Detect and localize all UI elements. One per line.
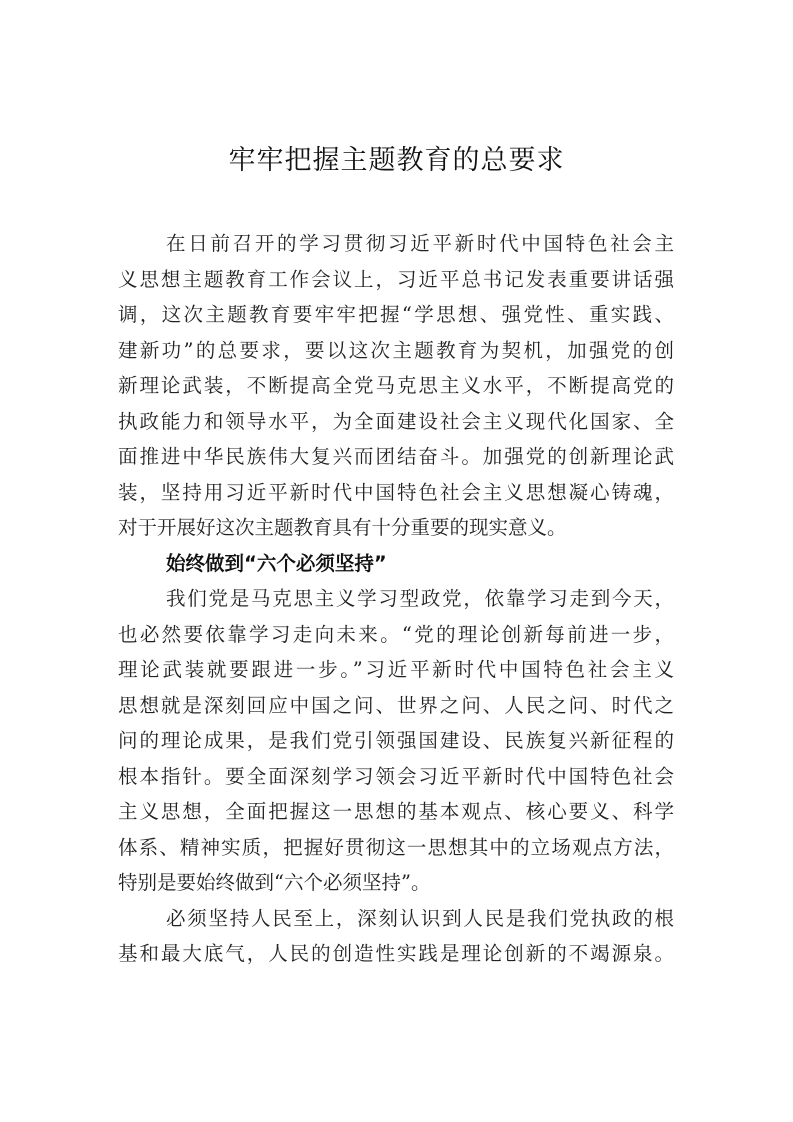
text-line: 理论武装就要跟进一步。”习近平新时代中国特色社会主义: [118, 652, 674, 688]
text-line: 新理论武装，不断提高全党马克思主义水平，不断提高党的: [118, 368, 674, 404]
paragraph-learning: 我们党是马克思主义学习型政党，依靠学习走到今天， 也必然要依靠学习走向未来。“党…: [118, 581, 674, 901]
text-line: 面推进中华民族伟大复兴而团结奋斗。加强党的创新理论武: [118, 439, 674, 475]
text-line: 我们党是马克思主义学习型政党，依靠学习走到今天，: [118, 581, 674, 617]
document-body: 在日前召开的学习贯彻习近平新时代中国特色社会主 义思想主题教育工作会议上，习近平…: [118, 226, 674, 972]
paragraph-intro: 在日前召开的学习贯彻习近平新时代中国特色社会主 义思想主题教育工作会议上，习近平…: [118, 226, 674, 546]
text-line: 必须坚持人民至上，深刻认识到人民是我们党执政的根: [118, 901, 674, 937]
text-line: 建新功”的总要求，要以这次主题教育为契机，加强党的创: [118, 333, 674, 369]
text-line: 对于开展好这次主题教育具有十分重要的现实意义。: [118, 510, 674, 546]
document-title: 牢牢把握主题教育的总要求: [0, 138, 793, 177]
text-line: 问的理论成果，是我们党引领强国建设、民族复兴新征程的: [118, 723, 674, 759]
text-line: 义思想主题教育工作会议上，习近平总书记发表重要讲话强: [118, 262, 674, 298]
text-line: 基和最大底气，人民的创造性实践是理论创新的不竭源泉。: [118, 936, 674, 972]
text-line: 特别是要始终做到“六个必须坚持”。: [118, 865, 674, 901]
text-line: 装，坚持用习近平新时代中国特色社会主义思想凝心铸魂，: [118, 475, 674, 511]
text-line: 在日前召开的学习贯彻习近平新时代中国特色社会主: [118, 226, 674, 262]
text-line: 体系、精神实质，把握好贯彻这一思想其中的立场观点方法，: [118, 830, 674, 866]
text-line: 根本指针。要全面深刻学习领会习近平新时代中国特色社会: [118, 759, 674, 795]
paragraph-people-first: 必须坚持人民至上，深刻认识到人民是我们党执政的根 基和最大底气，人民的创造性实践…: [118, 901, 674, 972]
section-heading: 始终做到“六个必须坚持”: [118, 546, 674, 582]
text-line: 也必然要依靠学习走向未来。“党的理论创新每前进一步，: [118, 617, 674, 653]
text-line: 执政能力和领导水平，为全面建设社会主义现代化国家、全: [118, 404, 674, 440]
text-line: 思想就是深刻回应中国之问、世界之问、人民之问、时代之: [118, 688, 674, 724]
text-line: 主义思想，全面把握这一思想的基本观点、核心要义、科学: [118, 794, 674, 830]
text-line: 调，这次主题教育要牢牢把握“学思想、强党性、重实践、: [118, 297, 674, 333]
document-page: 牢牢把握主题教育的总要求 在日前召开的学习贯彻习近平新时代中国特色社会主 义思想…: [0, 0, 793, 1122]
